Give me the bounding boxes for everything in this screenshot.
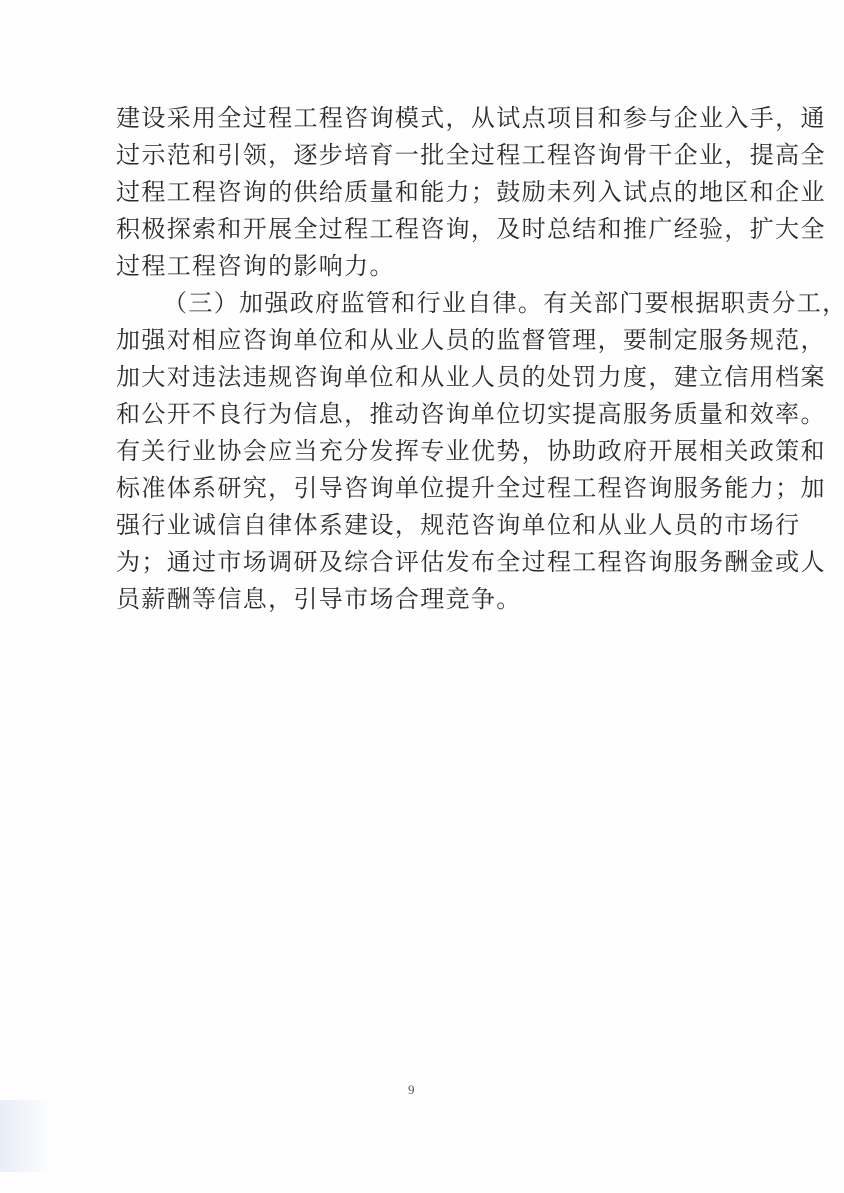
document-page: 建设采用全过程工程咨询模式，从试点项目和参与企业入手，通 过示范和引领，逐步培育…	[0, 0, 844, 1193]
text-line: 积极探索和开展全过程工程咨询，及时总结和推广经验，扩大全	[116, 211, 716, 248]
text-line: 过程工程咨询的影响力。	[116, 248, 716, 285]
text-line: 建设采用全过程工程咨询模式，从试点项目和参与企业入手，通	[116, 100, 716, 137]
text-line: 过程工程咨询的供给质量和能力；鼓励未列入试点的地区和企业	[116, 174, 716, 211]
text-line: 员薪酬等信息，引导市场合理竞争。	[116, 581, 716, 618]
text-line: 标准体系研究，引导咨询单位提升全过程工程咨询服务能力；加	[116, 470, 716, 507]
text-line: 过示范和引领，逐步培育一批全过程工程咨询骨干企业，提高全	[116, 137, 716, 174]
scan-edge-shadow	[0, 1100, 50, 1172]
text-line: 加大对违法违规咨询单位和从业人员的处罚力度，建立信用档案	[116, 359, 716, 396]
text-line: 有关行业协会应当充分发挥专业优势，协助政府开展相关政策和	[116, 433, 716, 470]
section-heading-line: （三）加强政府监管和行业自律。有关部门要根据职责分工，	[116, 285, 716, 322]
text-line: 强行业诚信自律体系建设，规范咨询单位和从业人员的市场行	[116, 507, 716, 544]
body-text: 建设采用全过程工程咨询模式，从试点项目和参与企业入手，通 过示范和引领，逐步培育…	[116, 100, 716, 618]
paragraph-pilot-promotion: 建设采用全过程工程咨询模式，从试点项目和参与企业入手，通 过示范和引领，逐步培育…	[116, 100, 716, 285]
text-line: 为；通过市场调研及综合评估发布全过程工程咨询服务酬金或人	[116, 544, 716, 581]
paragraph-government-supervision: （三）加强政府监管和行业自律。有关部门要根据职责分工， 加强对相应咨询单位和从业…	[116, 285, 716, 618]
page-number: 9	[408, 1082, 415, 1098]
text-line: 加强对相应咨询单位和从业人员的监督管理，要制定服务规范，	[116, 322, 716, 359]
text-line: 和公开不良行为信息，推动咨询单位切实提高服务质量和效率。	[116, 396, 716, 433]
